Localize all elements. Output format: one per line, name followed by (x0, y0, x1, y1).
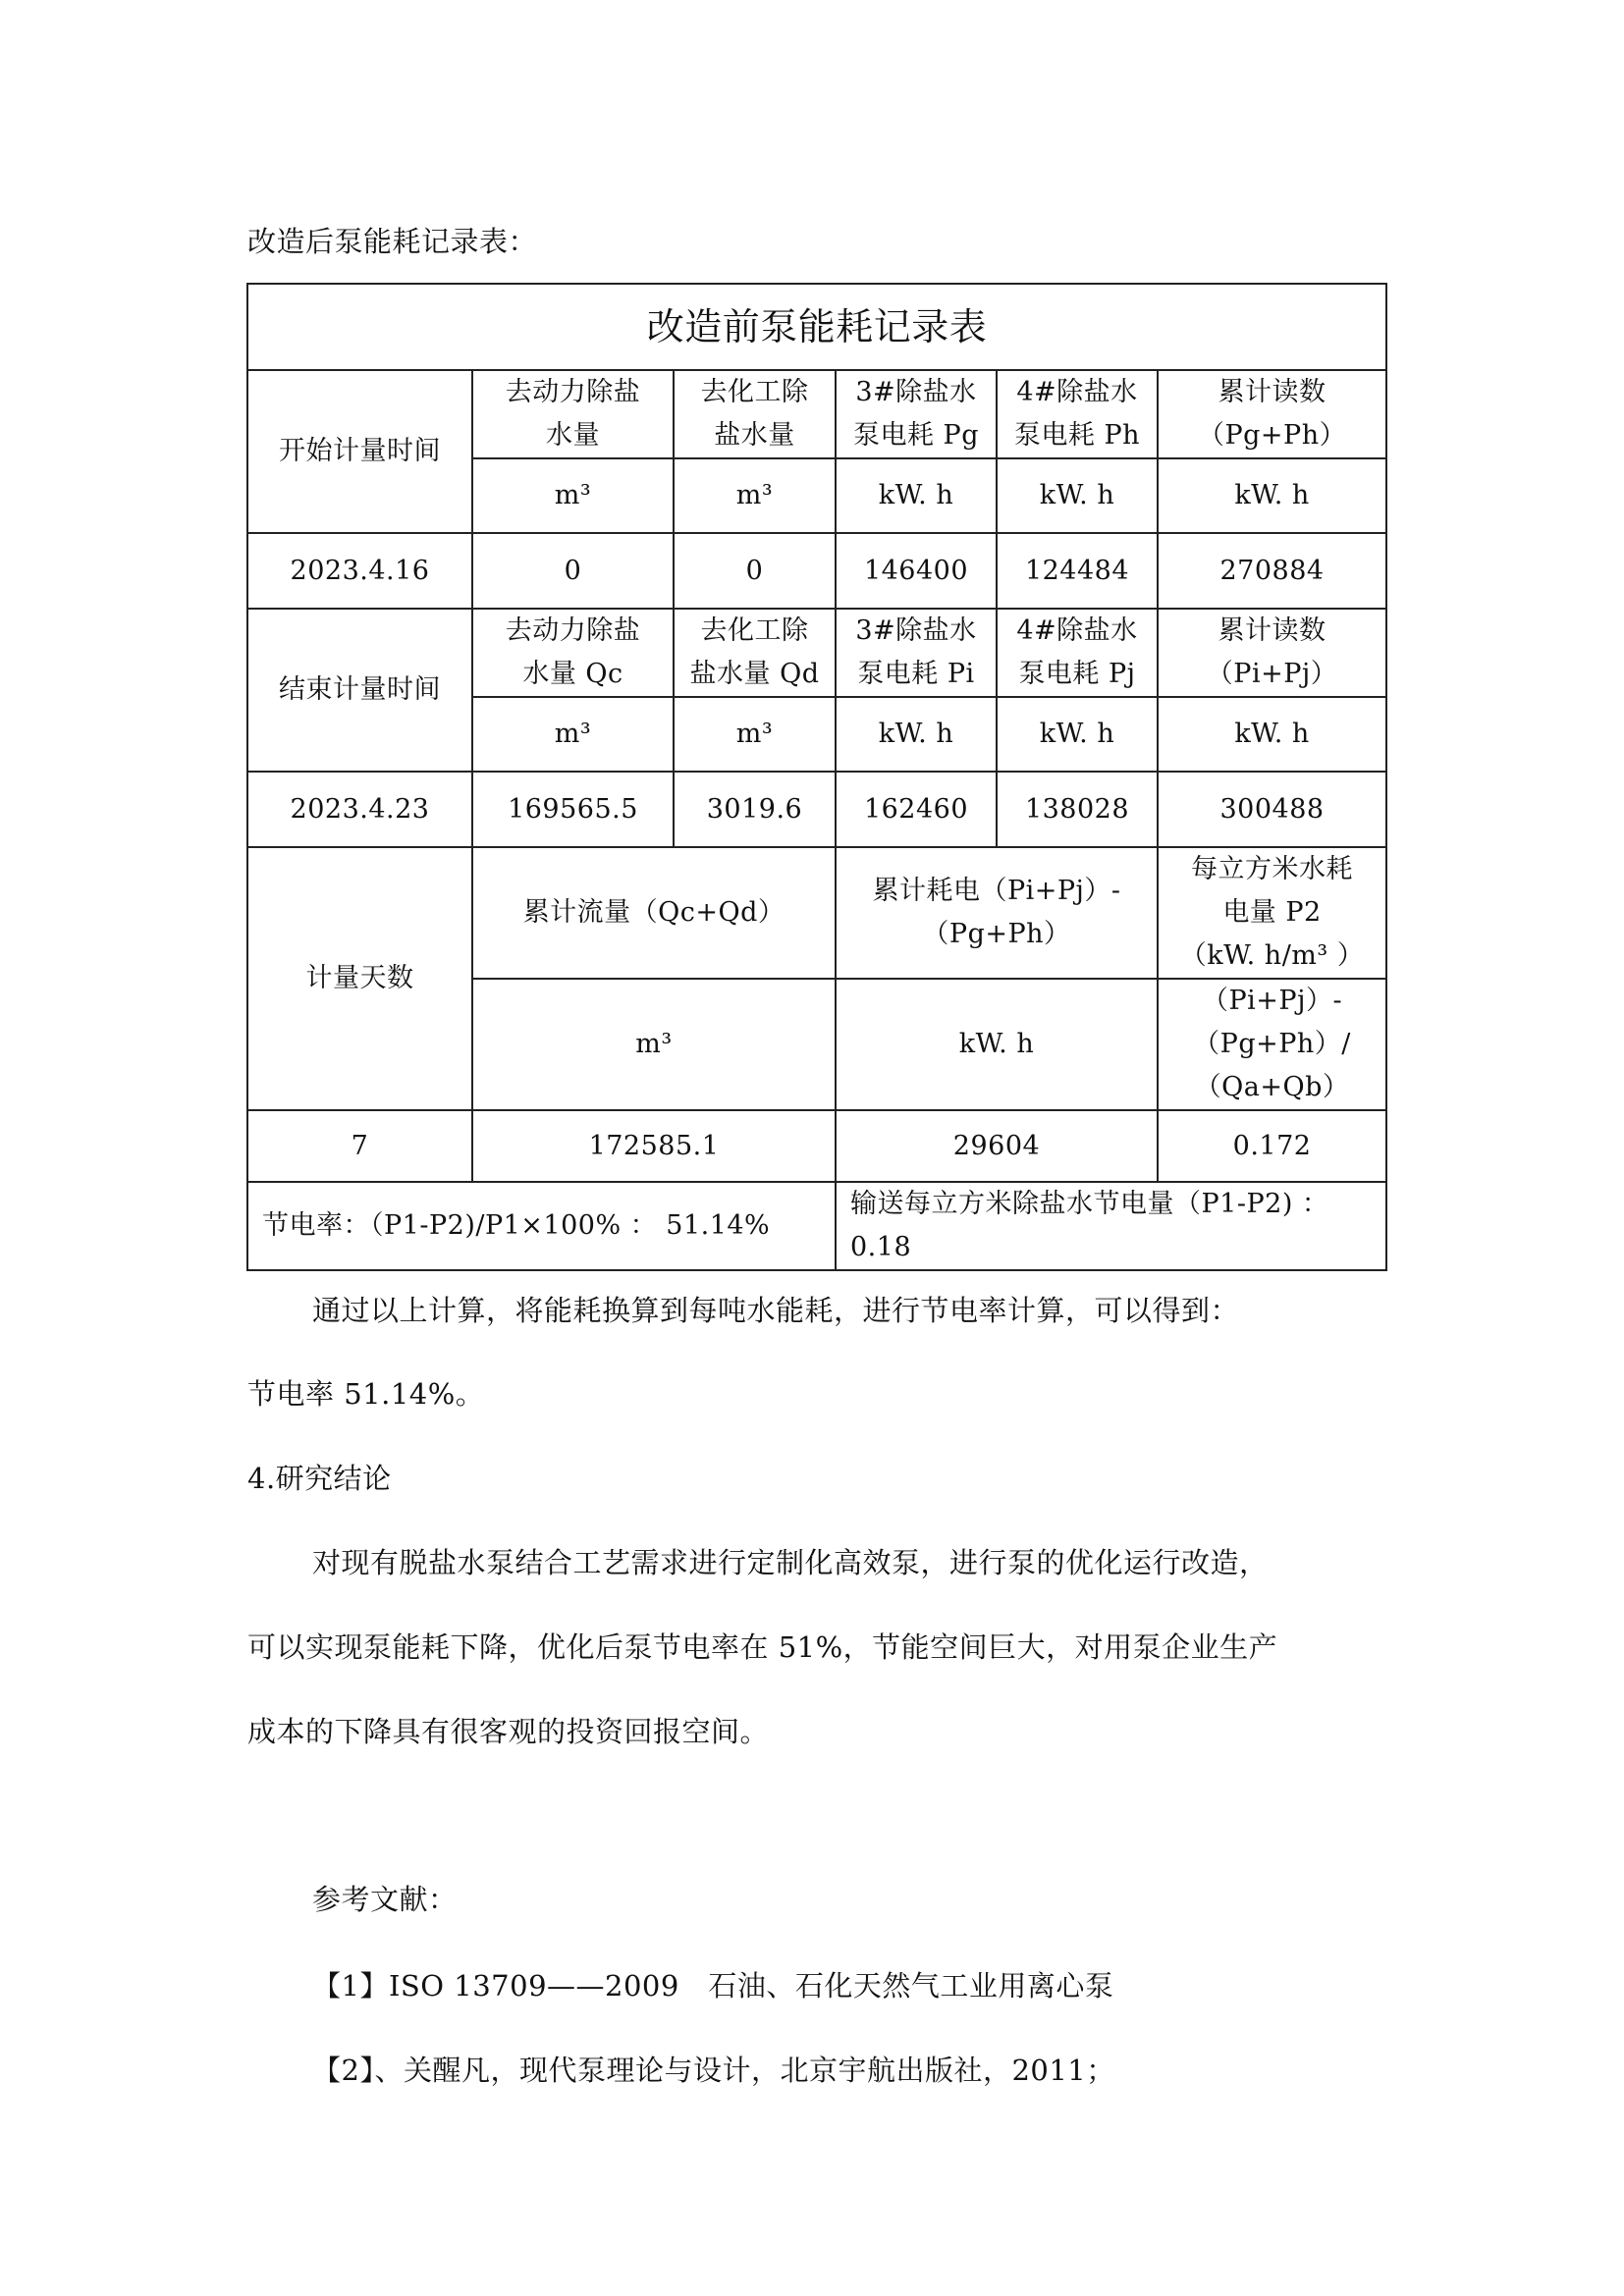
unit-cell: m³ (674, 697, 836, 772)
unit-cell: kW. h (836, 979, 1158, 1110)
days-label: 计量天数 (247, 847, 472, 1110)
paragraph-line: 可以实现泵能耗下降，优化后泵节电率在 51%，节能空间巨大，对用泵企业生产 (247, 1628, 1277, 1667)
table-title: 改造前泵能耗记录表 (247, 284, 1386, 370)
header-cell: 去化工除盐水量 (674, 370, 836, 458)
saving-rate-cell: 节电率：（P1-P2)/P1×100% ： 51.14% (247, 1182, 836, 1270)
value-cell: 162460 (836, 772, 997, 847)
pump-energy-record-table: 改造前泵能耗记录表 开始计量时间 去动力除盐水量 去化工除盐水量 3#除盐水泵电… (246, 283, 1387, 1271)
paragraph-line: 通过以上计算，将能耗换算到每吨水能耗，进行节电率计算，可以得到： (312, 1291, 1239, 1330)
header-cell: 去动力除盐水量 (472, 370, 674, 458)
header-cell: 去动力除盐水量 Qc (472, 609, 674, 697)
paragraph-line: 节电率 51.14%。 (247, 1374, 484, 1414)
value-cell: 0.172 (1158, 1110, 1386, 1182)
header-cell: 4#除盐水泵电耗 Ph (997, 370, 1158, 458)
value-cell: 3019.6 (674, 772, 836, 847)
saving-per-m3-cell: 输送每立方米除盐水节电量（P1-P2) ：0.18 (836, 1182, 1386, 1270)
header-cell: 累计流量（Qc+Qd） (472, 847, 836, 979)
header-cell: 3#除盐水泵电耗 Pi (836, 609, 997, 697)
unit-cell: m³ (472, 979, 836, 1110)
unit-cell: kW. h (1158, 458, 1386, 533)
unit-cell: m³ (674, 458, 836, 533)
unit-cell: kW. h (836, 697, 997, 772)
value-cell: 169565.5 (472, 772, 674, 847)
paragraph-line: 对现有脱盐水泵结合工艺需求进行定制化高效泵，进行泵的优化运行改造， (312, 1543, 1269, 1582)
unit-cell: kW. h (836, 458, 997, 533)
section-heading: 4.研究结论 (247, 1459, 392, 1498)
references-heading: 参考文献： (312, 1880, 458, 1919)
unit-cell: kW. h (997, 697, 1158, 772)
value-cell: 29604 (836, 1110, 1158, 1182)
header-cell: 4#除盐水泵电耗 Pj (997, 609, 1158, 697)
reference-item: 【1】ISO 13709——2009 石油、石化天然气工业用离心泵 (312, 1966, 1113, 2005)
header-cell: 累计耗电（Pi+Pj）-（Pg+Ph） (836, 847, 1158, 979)
paragraph-line: 成本的下降具有很客观的投资回报空间。 (247, 1712, 769, 1751)
table-caption: 改造后泵能耗记录表： (247, 222, 537, 261)
header-cell: 3#除盐水泵电耗 Pg (836, 370, 997, 458)
value-cell: 0 (472, 533, 674, 609)
value-cell: 270884 (1158, 533, 1386, 609)
end-time-label: 结束计量时间 (247, 609, 472, 772)
header-cell: 累计读数（Pg+Ph） (1158, 370, 1386, 458)
unit-cell: kW. h (997, 458, 1158, 533)
end-date: 2023.4.23 (247, 772, 472, 847)
unit-cell: kW. h (1158, 697, 1386, 772)
value-cell: 0 (674, 533, 836, 609)
value-cell: 172585.1 (472, 1110, 836, 1182)
unit-cell: m³ (472, 697, 674, 772)
reference-item: 【2】、关醒凡，现代泵理论与设计，北京宇航出版社，2011； (312, 2051, 1115, 2090)
value-cell: 146400 (836, 533, 997, 609)
header-cell: 累计读数（Pi+Pj） (1158, 609, 1386, 697)
header-cell: 每立方米水耗电量 P2（kW. h/m³ ） (1158, 847, 1386, 979)
header-cell: 去化工除盐水量 Qd (674, 609, 836, 697)
value-cell: 124484 (997, 533, 1158, 609)
formula-cell: （Pi+Pj）-（Pg+Ph）/（Qa+Qb） (1158, 979, 1386, 1110)
unit-cell: m³ (472, 458, 674, 533)
value-cell: 300488 (1158, 772, 1386, 847)
value-cell: 138028 (997, 772, 1158, 847)
start-date: 2023.4.16 (247, 533, 472, 609)
days-value: 7 (247, 1110, 472, 1182)
start-time-label: 开始计量时间 (247, 370, 472, 533)
